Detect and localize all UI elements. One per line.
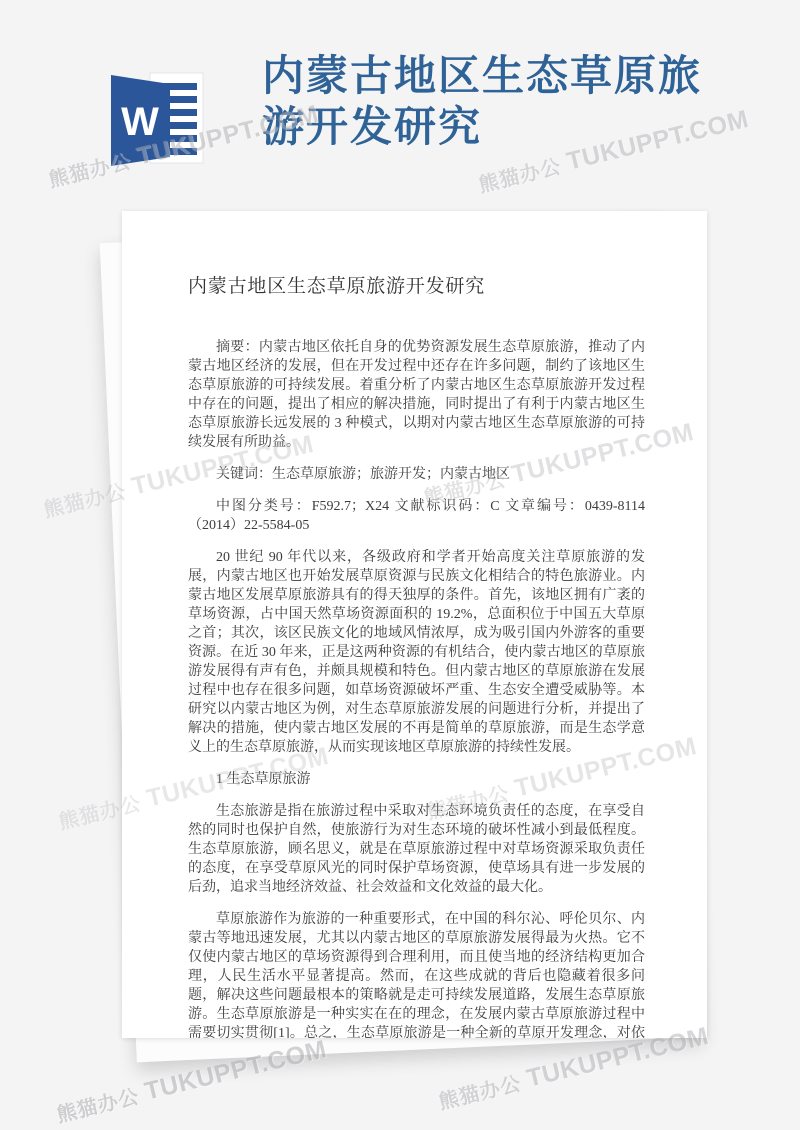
abstract-paragraph: 摘要：内蒙古地区依托自身的优势资源发展生态草原旅游，推动了内蒙古地区经济的发展，…	[188, 338, 645, 452]
keywords-line: 关键词：生态草原旅游；旅游开发；内蒙古地区	[188, 465, 645, 484]
section-heading-1: 1 生态草原旅游	[188, 770, 645, 789]
classification-line: 中图分类号：F592.7；X24 文献标识码：C 文章编号：0439-8114（…	[188, 497, 645, 535]
document-content: 内蒙古地区生态草原旅游开发研究 摘要：内蒙古地区依托自身的优势资源发展生态草原旅…	[122, 211, 707, 1038]
document-heading: 内蒙古地区生态草原旅游开发研究	[188, 271, 645, 298]
word-icon-letter: W	[121, 100, 159, 144]
page-header: W 内蒙古地区生态草原旅游开发研究	[0, 0, 800, 211]
document-page: 内蒙古地区生态草原旅游开发研究 摘要：内蒙古地区依托自身的优势资源发展生态草原旅…	[122, 211, 707, 1038]
body-paragraph-3: 草原旅游作为旅游的一种重要形式，在中国的科尔沁、呼伦贝尔、内蒙古等地迅速发展，尤…	[188, 910, 645, 1038]
document-title-link[interactable]: 内蒙古地区生态草原旅游开发研究	[262, 52, 727, 154]
body-paragraph-2: 生态旅游是指在旅游过程中采取对生态环境负责任的态度，在享受自然的同时也保护自然，…	[188, 802, 645, 897]
word-icon: W	[103, 68, 205, 168]
watermark-panda-logo: 熊猫办公	[53, 1080, 141, 1128]
body-paragraph-1: 20 世纪 90 年代以来，各级政府和学者开始高度关注草原旅游的发展，内蒙古地区…	[188, 548, 645, 757]
watermark-panda-logo: 熊猫办公	[435, 1067, 523, 1115]
